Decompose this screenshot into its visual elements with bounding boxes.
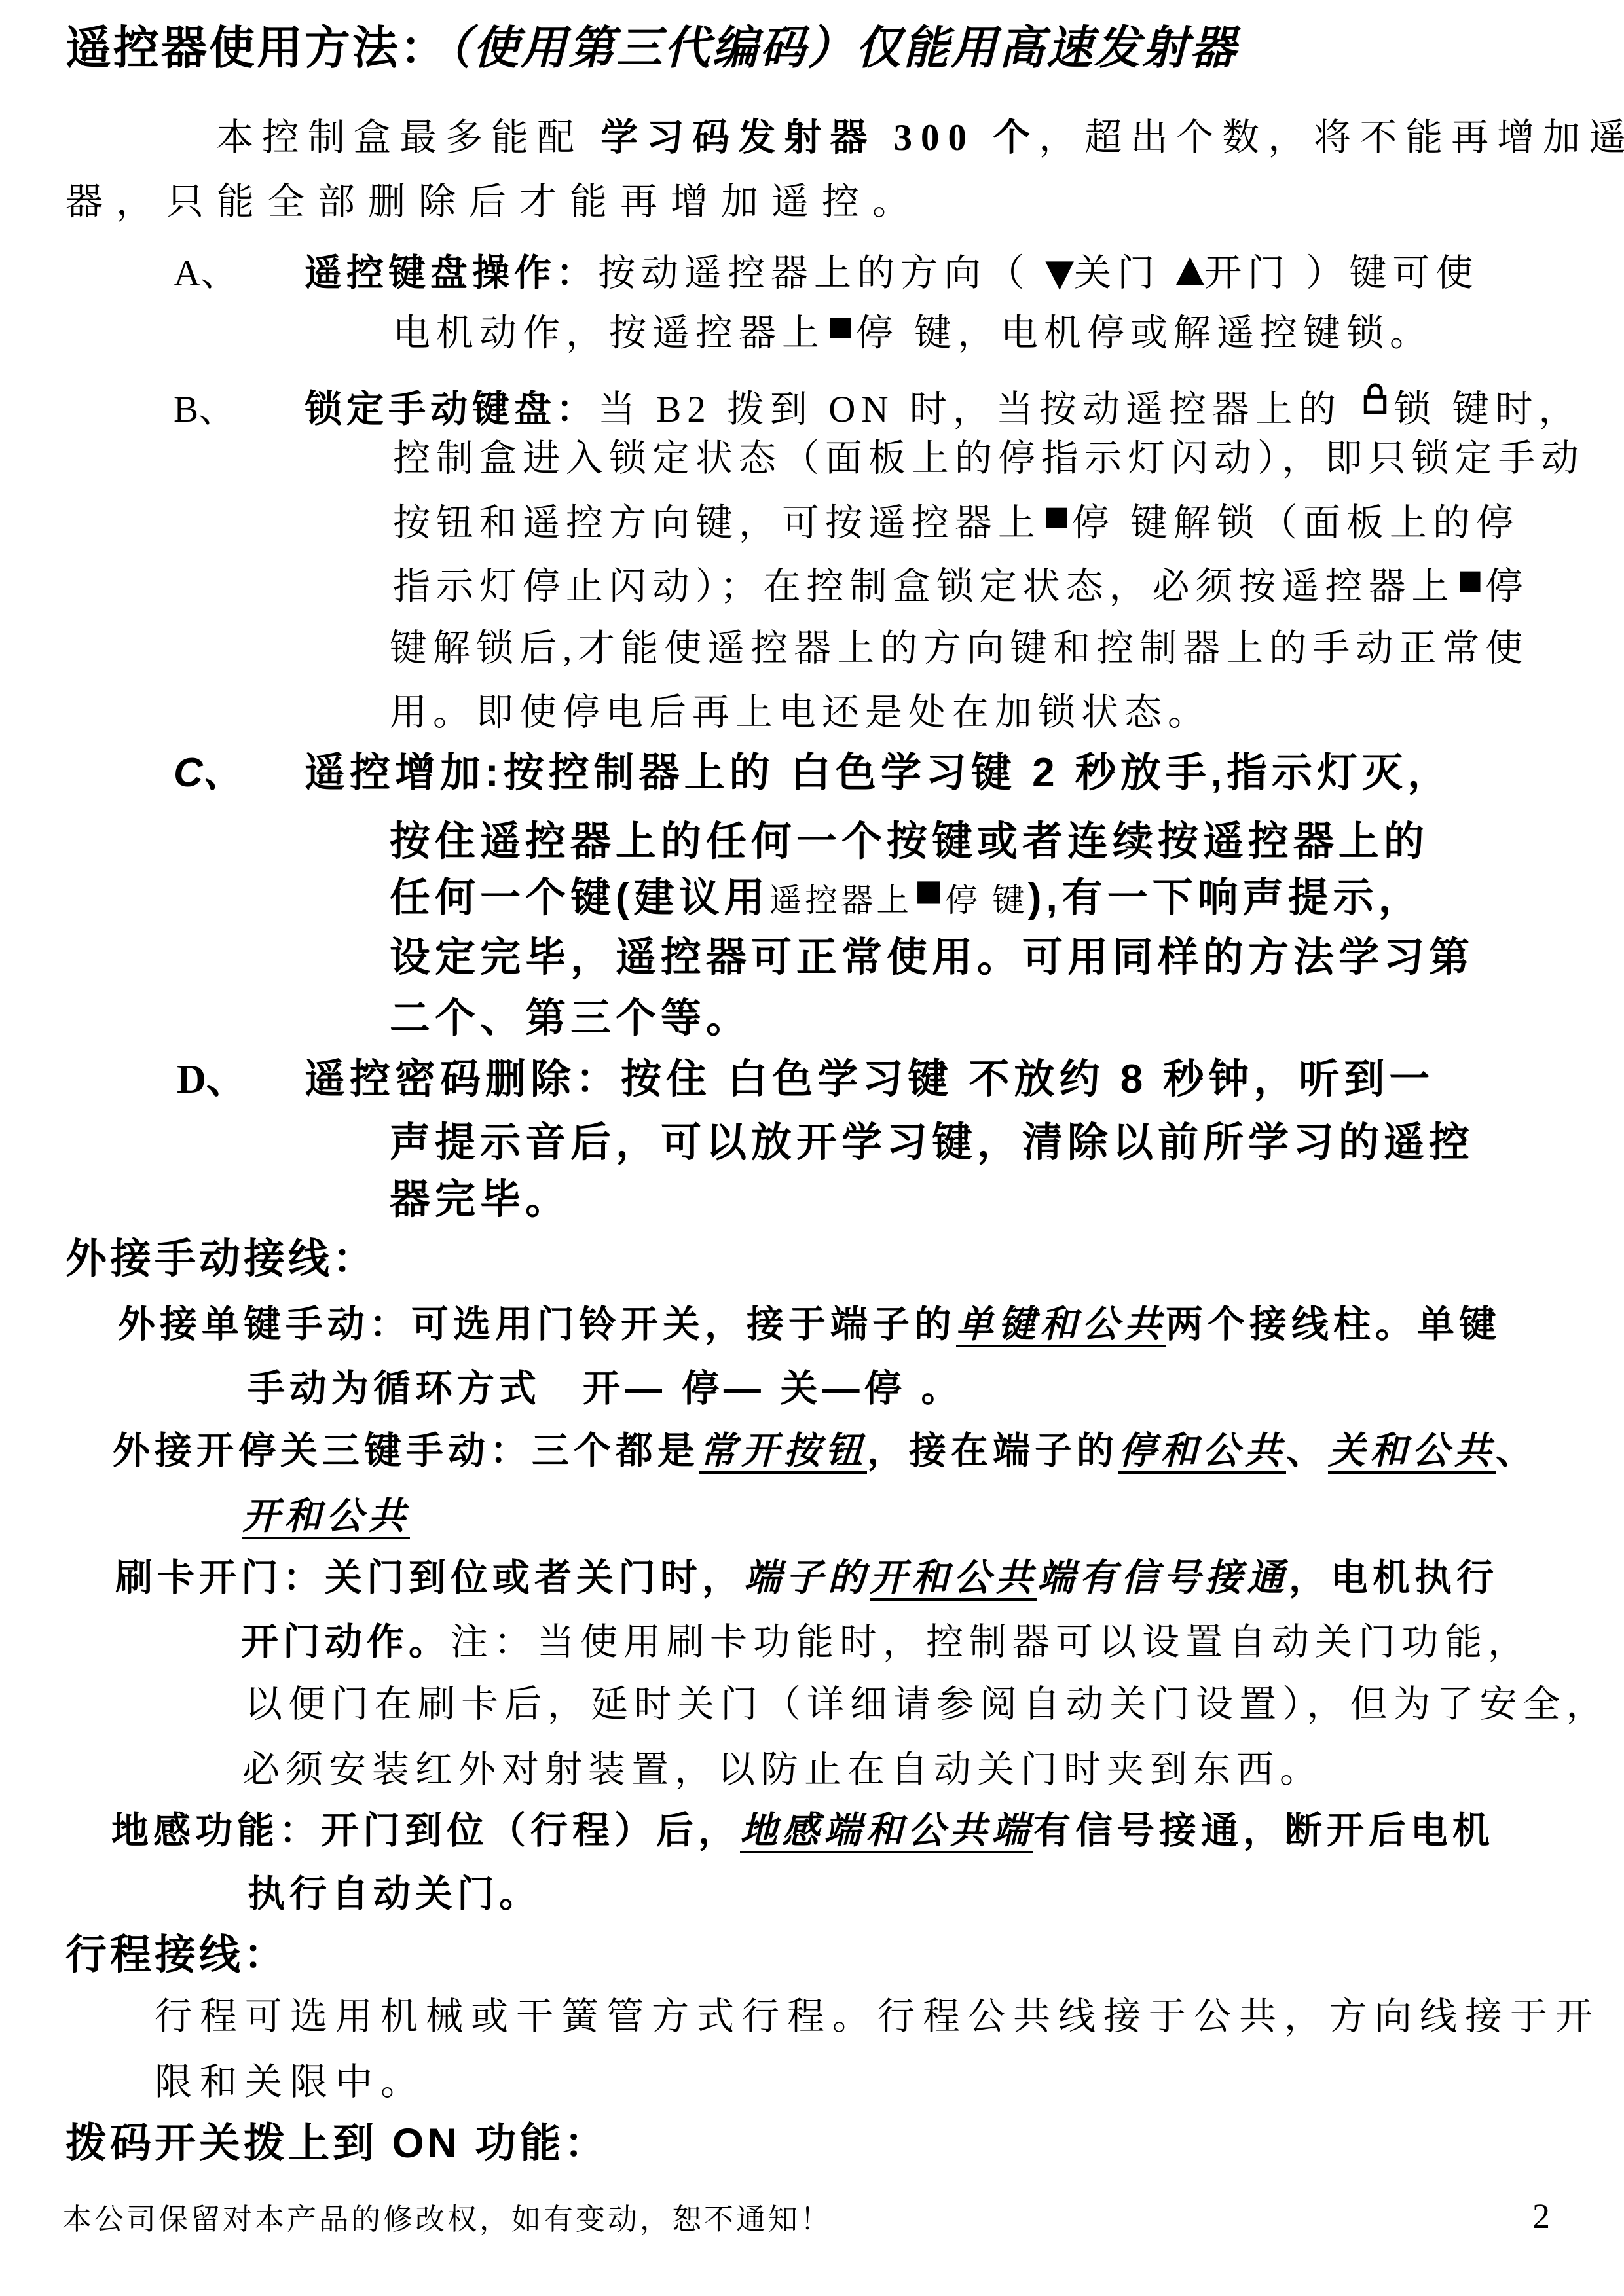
text-run: 必须安装红外对射装置，以防止在自动关门时夹到东西。 [242, 1749, 1323, 1791]
text-run: 控制盒进入锁定状态（面板上的停指示灯闪动），即只锁定手动 [393, 438, 1585, 479]
text-run: 当 B2 拨到 ON 时，当按动遥控器上的 [598, 389, 1357, 430]
close-door-arrow-icon: ▼ [1045, 251, 1074, 295]
three-key-line-2: 开和公共 [242, 1498, 410, 1535]
text-run-bold: 按住 白色学习键 不放约 8 秒钟，听到一 [621, 1057, 1434, 1102]
card-open-line-2: 开门动作。注：当使用刷卡功能时，控制器可以设置自动关门功能， [241, 1624, 1531, 1661]
card-open-line-3: 以便门在刷卡后，延时关门（详细请参阅自动关门设置），但为了安全， [245, 1686, 1610, 1723]
ground-sensor-line-2: 执行自动关门。 [248, 1876, 541, 1913]
text-run: 注：当使用刷卡功能时，控制器可以设置自动关门功能， [451, 1622, 1531, 1663]
text-run: 限和关限中。 [155, 2062, 426, 2103]
text-run: 行程可选用机械或干簧管方式行程。行程公共线接于公共，方向线接于开 [155, 1996, 1600, 2037]
single-key-line-2: 手动为循环方式 开— 停— 关—停 。 [248, 1370, 963, 1408]
text-run-bold: ，接在端子的 [867, 1430, 1118, 1472]
section-heading-manual-wiring: 外接手动接线： [65, 1239, 377, 1280]
manual-page: 遥控器使用方法：（使用第三代编码）仅能用高速发射器 本控制盒最多能配 学习码发射… [0, 0, 1624, 2296]
text-run: ，超出个数，将不能再增加遥控 [1039, 117, 1624, 158]
text-run-underline: 单键和公共 [956, 1303, 1166, 1345]
item-c-line-2: 按住遥控器上的任何一个按键或者连续按遥控器上的 [390, 822, 1429, 862]
text-run: 电机动作，按遥控器上 [393, 313, 825, 354]
stop-key-icon: ■ [1044, 500, 1069, 532]
single-key-line-1: 外接单键手动：可选用门铃开关，接于端子的单键和公共两个接线柱。单键 [118, 1306, 1501, 1343]
text-run-underline: 停和公共 [1118, 1430, 1286, 1472]
text-run: 按钮和遥控方向键，可按遥控器上 [393, 503, 1041, 544]
text-run-underline: 开和公共 [870, 1557, 1037, 1599]
text-run-bold: ),有一下响声提示， [1028, 875, 1424, 920]
item-d-label: D、 [177, 1059, 304, 1100]
item-c-label: C、 [174, 753, 304, 793]
text-run: 用。即使停电后再上电还是处在加锁状态。 [390, 692, 1211, 733]
item-b-line-3: 按钮和遥控方向键，可按遥控器上■停 键解锁（面板上的停 [393, 503, 1519, 542]
three-key-line-1: 外接开停关三键手动：三个都是常开按钮，接在端子的停和公共、关和公共、 [113, 1432, 1538, 1470]
text-run-bold: 有信号接通，断开后电机 [1033, 1810, 1494, 1851]
text-run: 指示灯停止闪动）；在控制盒锁定状态，必须按遥控器上 [393, 566, 1455, 608]
text-run-bold: 地感功能：开门到位（行程）后， [111, 1810, 740, 1851]
item-a-line-2: 电机动作，按遥控器上■停 键，电机停或解遥控键锁。 [393, 313, 1433, 352]
open-door-arrow-icon: ▲ [1175, 247, 1204, 290]
card-open-line-4: 必须安装红外对射装置，以防止在自动关门时夹到东西。 [242, 1751, 1323, 1789]
text-run: 开门 ）键可使 [1204, 253, 1479, 294]
text-run: 停 键，电机停或解遥控键锁。 [856, 313, 1433, 354]
page-number: 2 [1532, 2198, 1550, 2234]
item-c-heading: 遥控增加: [304, 750, 504, 795]
text-run-underline: 地感端和公共端 [740, 1810, 1033, 1851]
text-run-bold: 任何一个键(建议用 [390, 875, 769, 920]
text-run: 2 [1532, 2196, 1550, 2236]
text-run-bold: 、 [1286, 1430, 1328, 1472]
text-run: 关门 [1074, 253, 1175, 294]
text-run: 键解锁后,才能使遥控器上的方向键和控制器上的手动正常使 [390, 628, 1528, 669]
text-run-bold: 学习码发射器 300 个 [600, 117, 1039, 158]
text-run-bold: 两个接线柱。单键 [1166, 1303, 1501, 1345]
item-d-line-1: D、遥控密码删除：按住 白色学习键 不放约 8 秒钟，听到一 [177, 1059, 1434, 1100]
text-run-underline: 开和公共 [242, 1495, 410, 1537]
text-run: 锁 键时， [1393, 389, 1581, 430]
item-b-line-4: 指示灯停止闪动）；在控制盒锁定状态，必须按遥控器上■停 [393, 566, 1528, 606]
stop-key-icon: ■ [915, 873, 942, 907]
text-run: 停 [1485, 566, 1528, 608]
text-run-bold: 执行自动关门。 [248, 1873, 541, 1915]
text-run: 以便门在刷卡后，延时关门（详细请参阅自动关门设置），但为了安全， [245, 1684, 1610, 1725]
text-run-bold: 开门动作。 [241, 1621, 451, 1663]
lock-key-icon [1361, 381, 1390, 418]
text-run-bold: 、 [1496, 1430, 1538, 1472]
intro-line-1: 本控制盒最多能配 学习码发射器 300 个，超出个数，将不能再增加遥控 [216, 119, 1624, 156]
text-run-bold: 器完毕。 [390, 1177, 570, 1222]
text-run-italic: 端有信号接通 [1037, 1557, 1289, 1599]
item-b-label: B、 [174, 391, 304, 428]
text-run-bold: 二个、第三个等。 [390, 996, 751, 1041]
text-run-italic: 端子的 [744, 1557, 870, 1599]
text-run-bold: ，电机执行 [1289, 1557, 1498, 1599]
section-heading-travel-wiring: 行程接线： [65, 1935, 288, 1976]
item-d-line-3: 器完毕。 [390, 1180, 570, 1220]
heading-text: 拨码开关拨上到 ON 功能： [65, 2121, 609, 2166]
travel-line-1: 行程可选用机械或干簧管方式行程。行程公共线接于公共，方向线接于开 [155, 1998, 1600, 2035]
item-c-line-3: 任何一个键(建议用遥控器上■停 键),有一下响声提示， [390, 876, 1424, 919]
title-line: 遥控器使用方法：（使用第三代编码）仅能用高速发射器 [65, 25, 1238, 72]
item-c-line-4: 设定完毕，遥控器可正常使用。可用同样的方法学习第 [390, 938, 1474, 978]
text-run-bold: 外接开停关三键手动：三个都是 [113, 1430, 699, 1472]
item-b-heading: 锁定手动键盘： [304, 388, 598, 430]
item-c-line-1: C、遥控增加:按控制器上的 白色学习键 2 秒放手,指示灯灭， [174, 753, 1452, 793]
heading-text: 外接手动接线： [65, 1236, 377, 1282]
text-run-underline: 关和公共 [1328, 1430, 1496, 1472]
title-main: 遥控器使用方法： [65, 22, 448, 73]
stop-key-icon: ■ [1458, 564, 1483, 595]
intro-line-2: 器，只能全部删除后才能再增加遥控。 [65, 183, 923, 221]
section-heading-dip-switch: 拨码开关拨上到 ON 功能： [65, 2123, 609, 2164]
text-run-bold: 设定完毕，遥控器可正常使用。可用同样的方法学习第 [390, 935, 1474, 980]
item-a-line-1: A、遥控键盘操作：按动遥控器上的方向（ ▼关门 ▲开门 ）键可使 [174, 250, 1479, 292]
text-run: 按动遥控器上的方向（ [598, 253, 1045, 294]
text-run: 器，只能全部删除后才能再增加遥控。 [65, 181, 923, 223]
text-run: 本控制盒最多能配 [216, 117, 600, 158]
text-run-underline: 常开按钮 [699, 1430, 867, 1472]
item-a-heading: 遥控键盘操作： [304, 252, 598, 294]
text-run-bold: 手动为循环方式 开— 停— 关—停 。 [248, 1368, 963, 1410]
item-c-line-5: 二个、第三个等。 [390, 998, 751, 1039]
text-run-bold: 按控制器上的 白色学习键 2 秒放手,指示灯灭， [504, 750, 1452, 795]
text-run-bold: 按住遥控器上的任何一个按键或者连续按遥控器上的 [390, 819, 1429, 864]
item-a-label: A、 [174, 255, 304, 292]
item-b-line-2: 控制盒进入锁定状态（面板上的停指示灯闪动），即只锁定手动 [393, 440, 1585, 477]
text-run-bold: 刷卡开门：关门到位或者关门时， [115, 1557, 744, 1599]
item-d-heading: 遥控密码删除： [304, 1057, 621, 1102]
travel-line-2: 限和关限中。 [155, 2064, 426, 2101]
text-run: 遥控器上 [769, 883, 912, 919]
item-b-line-6: 用。即使停电后再上电还是处在加锁状态。 [390, 694, 1211, 731]
item-b-line-5: 键解锁后,才能使遥控器上的方向键和控制器上的手动正常使 [390, 630, 1528, 667]
text-run: 停 键解锁（面板上的停 [1072, 503, 1519, 544]
item-d-line-2: 声提示音后，可以放开学习键，清除以前所学习的遥控 [390, 1123, 1474, 1163]
ground-sensor-line-1: 地感功能：开门到位（行程）后，地感端和公共端有信号接通，断开后电机 [111, 1812, 1494, 1850]
stop-key-icon: ■ [828, 310, 853, 342]
text-run-bold: 外接单键手动：可选用门铃开关，接于端子的 [118, 1303, 956, 1345]
card-open-line-1: 刷卡开门：关门到位或者关门时，端子的开和公共端有信号接通，电机执行 [115, 1559, 1498, 1597]
text-run: 停 键 [945, 883, 1028, 919]
text-run: 本公司保留对本产品的修改权，如有变动，恕不通知！ [62, 2203, 832, 2236]
text-run-bold: 声提示音后，可以放开学习键，清除以前所学习的遥控 [390, 1120, 1474, 1165]
heading-text: 行程接线： [65, 1932, 288, 1978]
title-sub: （使用第三代编码）仅能用高速发射器 [448, 22, 1238, 73]
item-b-line-1: B、锁定手动键盘：当 B2 拨到 ON 时，当按动遥控器上的 锁 键时， [174, 381, 1581, 428]
footer-note: 本公司保留对本产品的修改权，如有变动，恕不通知！ [62, 2205, 832, 2234]
